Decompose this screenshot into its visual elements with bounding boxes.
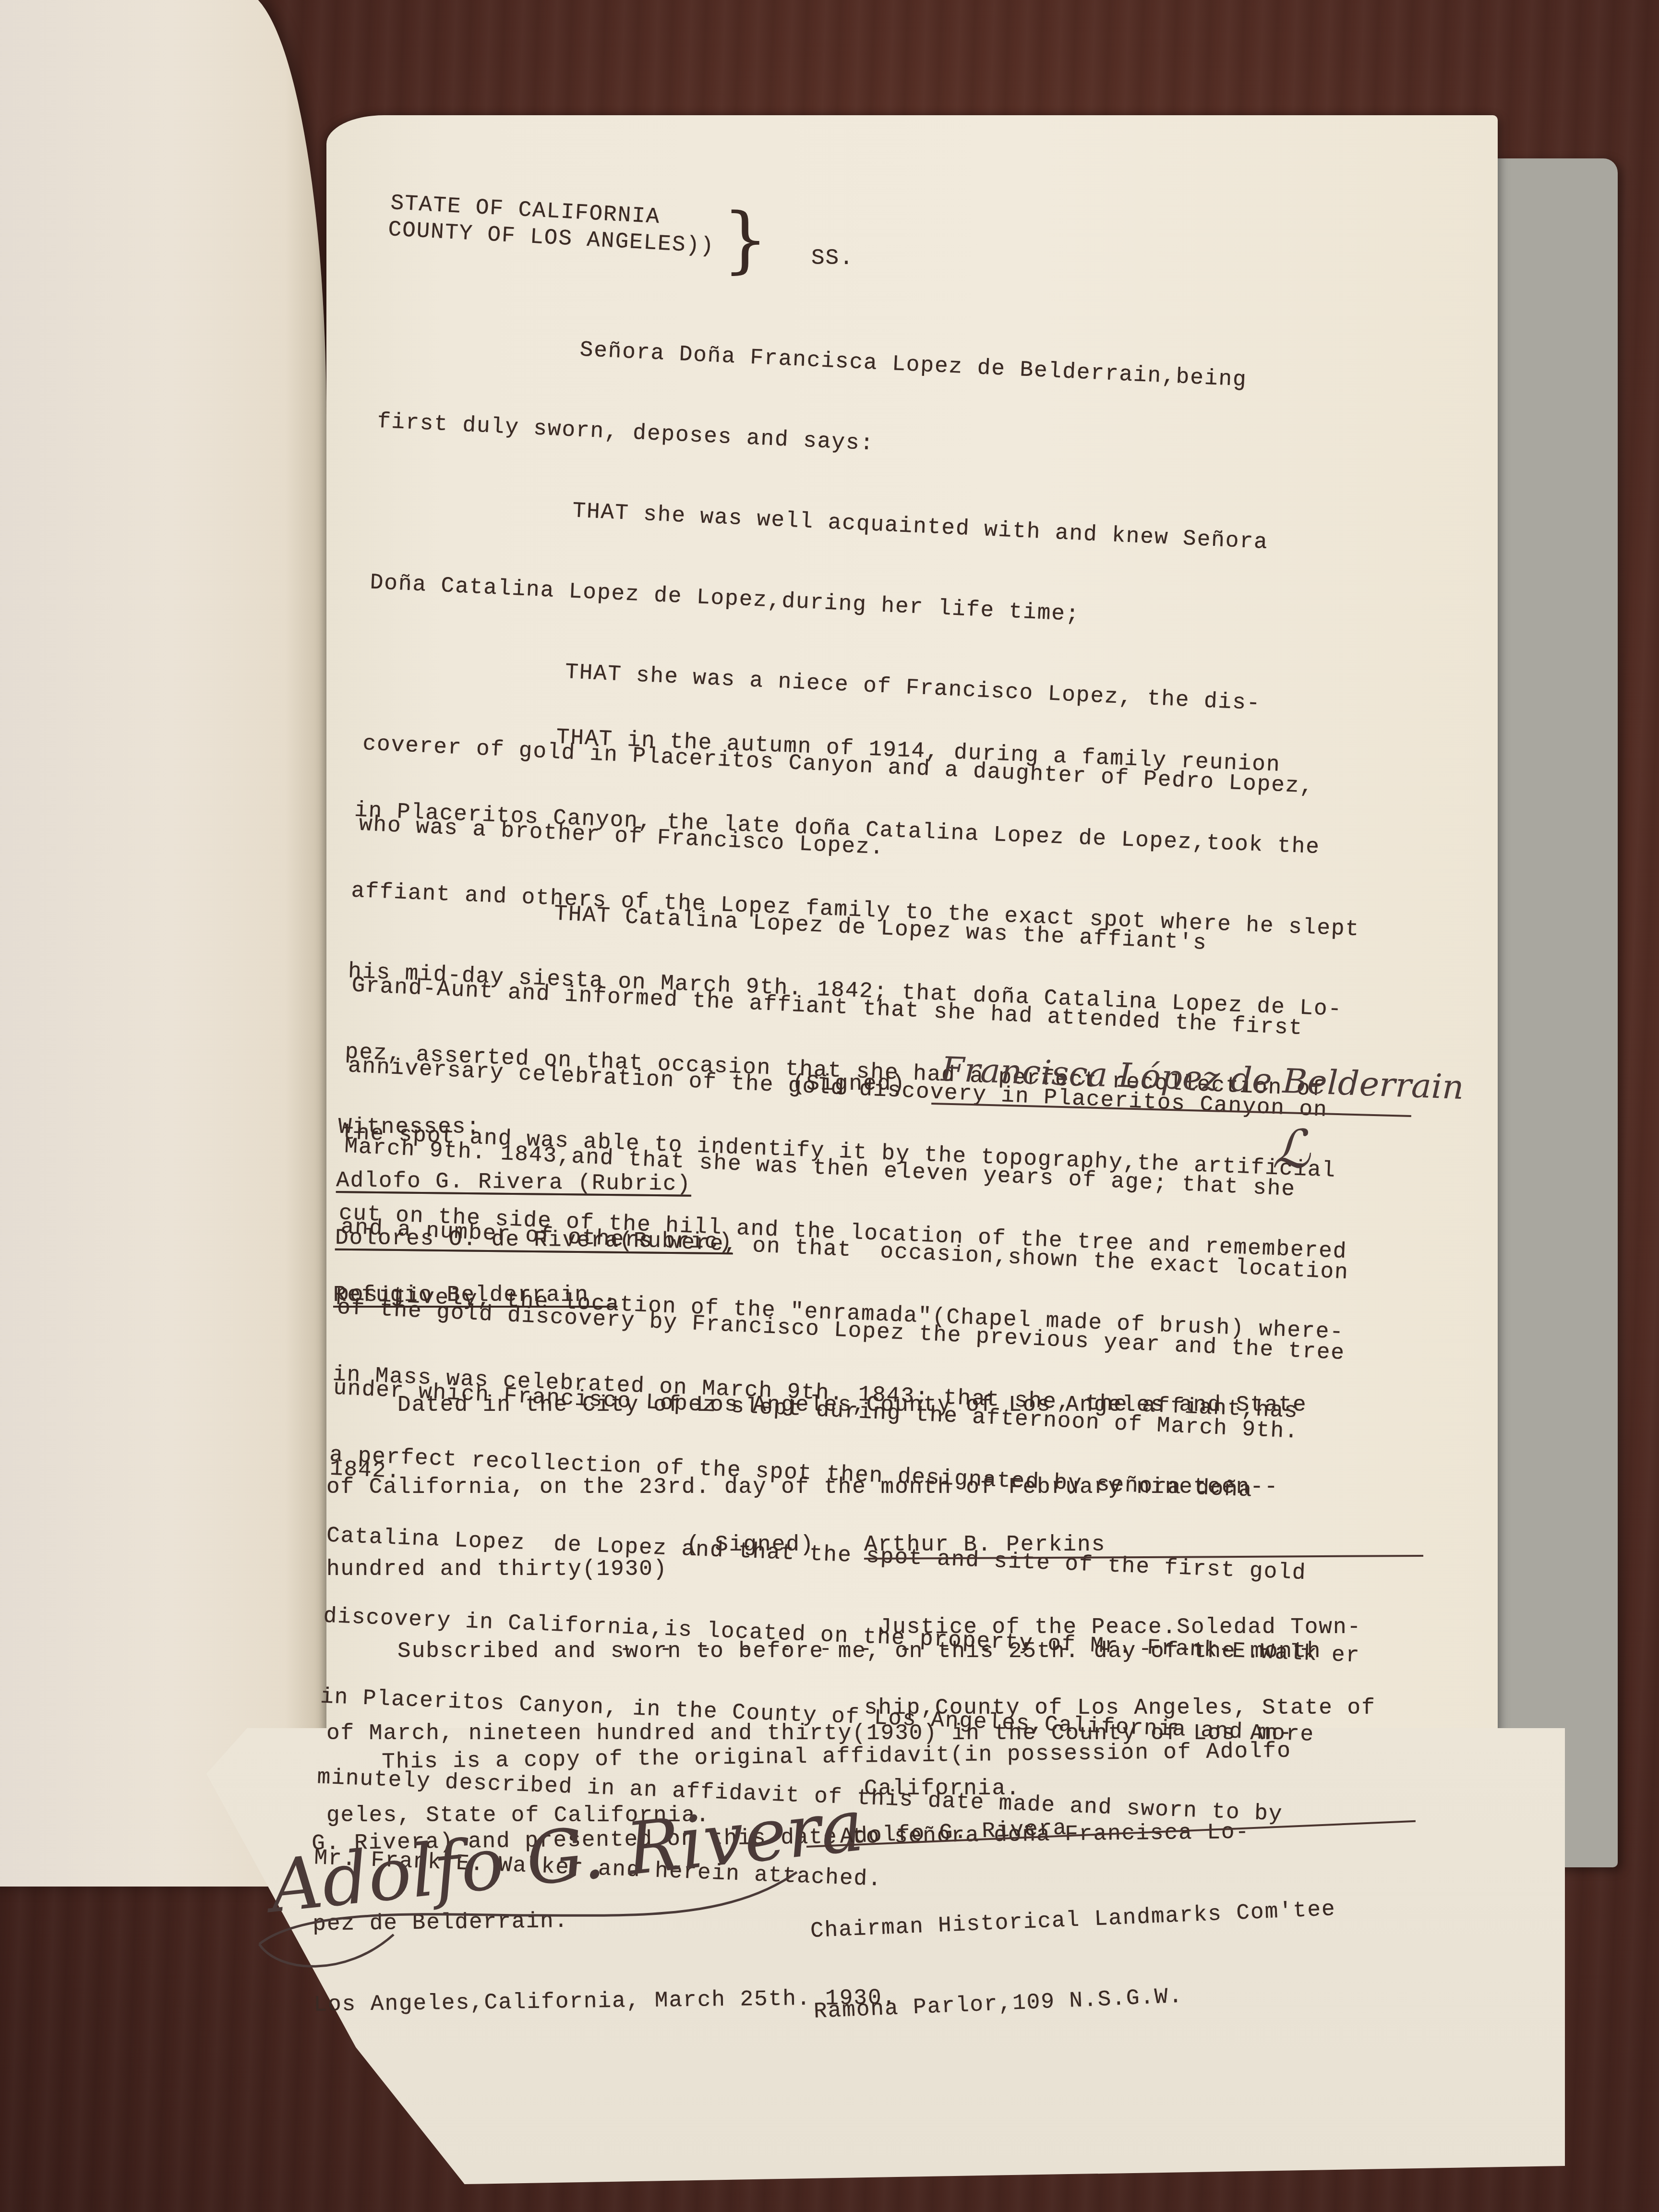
body-line: first duly sworn, deposes and says:: [377, 408, 1386, 481]
separator-dashes: - - - - - - - - - - - - - - - - - -: [619, 1637, 1318, 1662]
caption-brace: }: [722, 204, 768, 276]
copy-note-line: This is a copy of the original affidavit…: [311, 1738, 1291, 1777]
witness-1: Adlofo G. Rivera (Rubric): [336, 1167, 692, 1198]
witness-2: Dolores O. de Rivera(Rubric): [335, 1225, 733, 1256]
body-line: THAT she was well acquainted with and kn…: [373, 489, 1382, 561]
body-line: Señora Doña Francisca Lopez de Belderrai…: [380, 327, 1389, 400]
certifier-title-line: Chairman Historical Landmarks Com'tee: [810, 1896, 1336, 1945]
dated-line: Dated in the City of Los Angeles,County …: [326, 1392, 1321, 1419]
dated-line: of California, on the 23rd. day of the m…: [326, 1474, 1321, 1501]
body-line: Doña Catalina Lopez de Lopez,during her …: [370, 569, 1379, 641]
justice-name: Arthur B. Perkins: [864, 1531, 1106, 1558]
body-line: affiant and others of the Lopez family t…: [351, 878, 1389, 944]
certifier-title-line: Ramona Parlor,109 N.S.G.W.: [813, 1976, 1340, 2025]
caption-ss: SS.: [811, 245, 854, 272]
body-line: his mid-day siesta on March 9th. 1842; t…: [348, 958, 1385, 1025]
signature-flourish-icon: [250, 1863, 826, 1987]
rubric-flourish-icon: ℒ: [1272, 1118, 1310, 1180]
gray-backing-card: [1479, 158, 1618, 1867]
witnesses-label: Witnesses:: [338, 1114, 481, 1141]
affiant-signed-label: (Signed): [792, 1070, 906, 1097]
certifier-title: Chairman Historical Landmarks Com'tee Ra…: [807, 1842, 1341, 2052]
body-line: in Placeritos Canyon, the late doña Cata…: [354, 797, 1392, 864]
justice-signed-label: ( Signed): [686, 1531, 814, 1558]
left-blank-page: [0, 0, 326, 1887]
witness-3: Refugio Belderrain .: [333, 1282, 617, 1309]
body-line: THAT in the autumn of 1914, during a fam…: [357, 716, 1395, 783]
